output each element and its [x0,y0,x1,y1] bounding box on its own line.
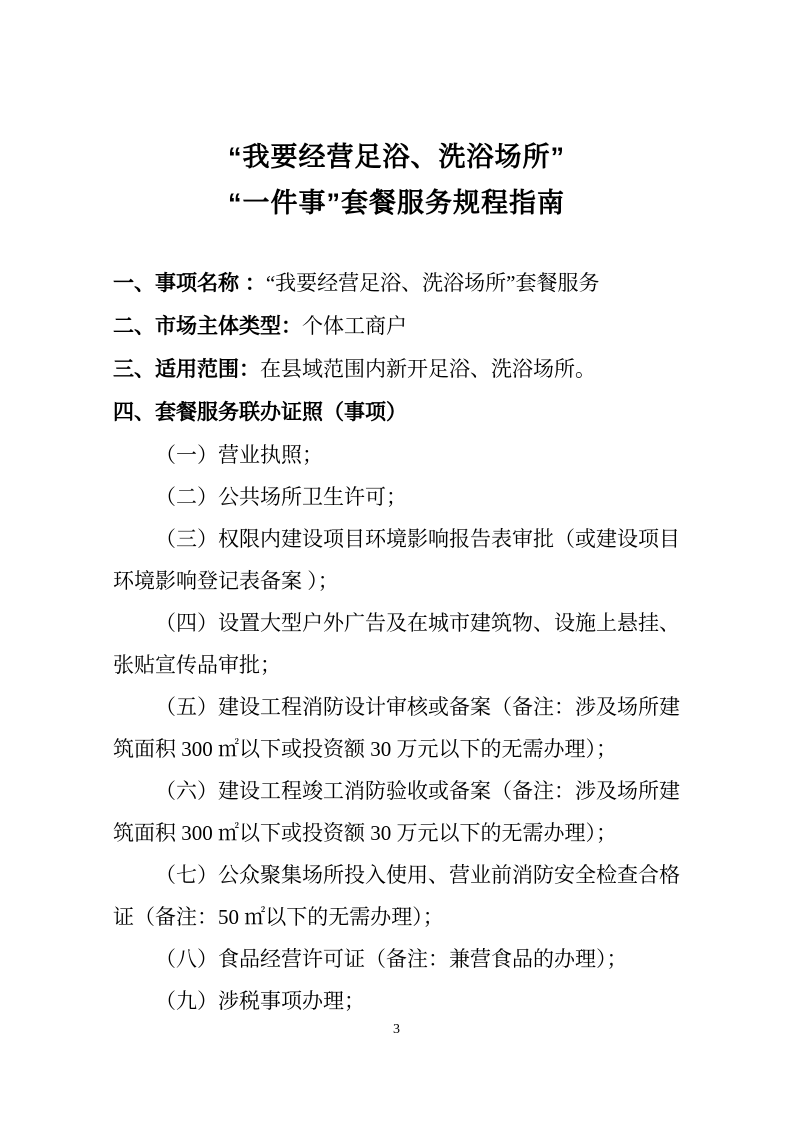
section-applicable-scope-value: 在县域范围内新开足浴、洗浴场所。 [260,357,596,381]
title-line-1: “我要经营足浴、洗浴场所” [0,134,793,180]
list-item-environmental-impact-approval: （三）权限内建设项目环境影响报告表审批（或建设项目环境影响登记表备案 ）； [113,518,680,602]
list-item-outdoor-advertising-approval: （四）设置大型户外广告及在城市建筑物、设施上悬挂、张贴宣传品审批； [113,602,680,686]
list-item-fire-safety-inspection-certificate: （七）公众聚集场所投入使用、营业前消防安全检查合格证（备注：50 ㎡以下的无需办… [113,854,680,938]
list-item-fire-design-review: （五）建设工程消防设计审核或备案（备注：涉及场所建筑面积 300 ㎡以下或投资额… [113,686,680,770]
document-body: 一、事项名称 ：“我要经营足浴、洗浴场所”套餐服务 二、市场主体类型：个体工商户… [113,262,680,1022]
section-market-entity-type: 二、市场主体类型：个体工商户 [113,305,680,348]
list-item-business-license: （一）营业执照； [113,434,680,476]
list-item-fire-completion-acceptance: （六）建设工程竣工消防验收或备案（备注：涉及场所建筑面积 300 ㎡以下或投资额… [113,770,680,854]
section-applicable-scope-label: 三、适用范围： [113,358,260,381]
section-bundled-licenses: 四、套餐服务联办证照（事项） [113,391,680,434]
document-page: “我要经营足浴、洗浴场所” “一件事”套餐服务规程指南 一、事项名称 ：“我要经… [0,0,793,1122]
section-bundled-licenses-label: 四、套餐服务联办证照（事项） [113,401,407,424]
section-market-entity-type-label: 二、市场主体类型： [113,315,302,338]
list-item-food-business-license: （八）食品经营许可证（备注：兼营食品的办理）； [113,938,680,980]
section-item-name-label: 一、事项名称 ： [113,272,266,295]
document-title: “我要经营足浴、洗浴场所” “一件事”套餐服务规程指南 [0,0,793,226]
page-number: 3 [0,1022,793,1038]
section-item-name-value: “我要经营足浴、洗浴场所”套餐服务 [266,271,600,295]
title-line-2: “一件事”套餐服务规程指南 [0,180,793,226]
section-market-entity-type-value: 个体工商户 [302,314,407,338]
list-item-tax-matters: （九）涉税事项办理； [113,980,680,1022]
section-item-name: 一、事项名称 ：“我要经营足浴、洗浴场所”套餐服务 [113,262,680,305]
section-applicable-scope: 三、适用范围：在县域范围内新开足浴、洗浴场所。 [113,348,680,391]
list-item-public-place-hygiene-permit: （二）公共场所卫生许可； [113,476,680,518]
